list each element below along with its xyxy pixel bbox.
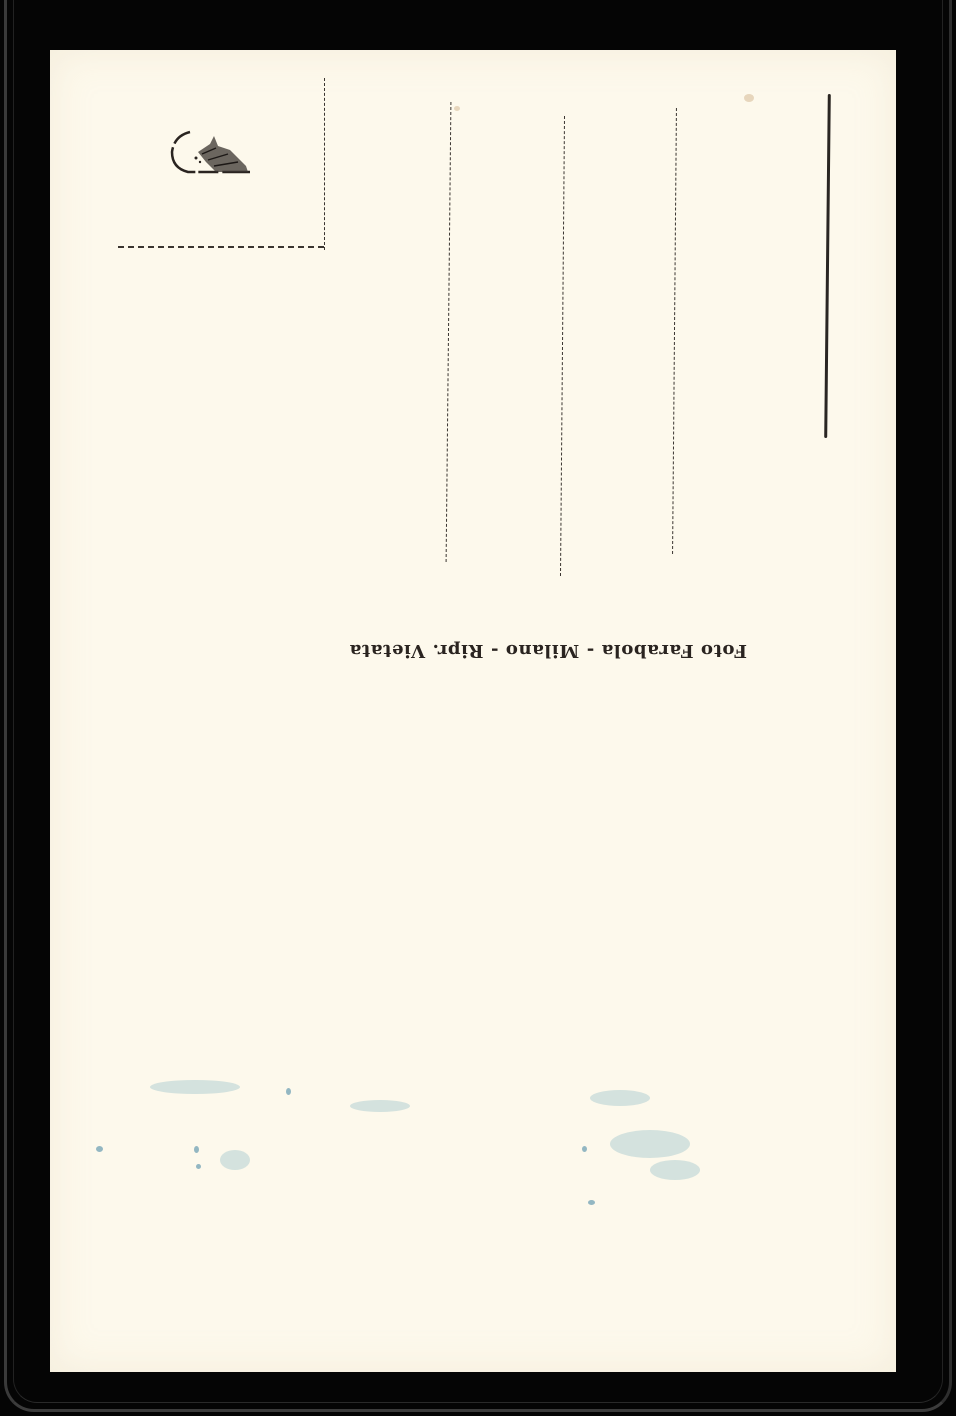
ink-residue [286,1088,291,1095]
ink-residue [150,1080,240,1094]
ink-residue [194,1146,199,1153]
stamp-box-bottom-border [118,246,324,248]
stamp-box-right-border [324,78,325,250]
address-line-2 [560,116,565,576]
address-line-1 [446,102,452,562]
paper-stain [744,94,754,102]
ink-residue [588,1200,595,1205]
ink-residue [610,1130,690,1158]
ink-residue [350,1100,410,1112]
ink-residue [590,1090,650,1106]
postcard-back: Foto Farabola - Milano - Ripr. Vietata [50,50,896,1372]
ink-residue [220,1150,250,1170]
paper-stain [454,106,460,111]
ink-residue [196,1164,201,1169]
ink-residue [96,1146,103,1152]
address-line-3 [672,108,677,554]
ink-residue [582,1146,587,1152]
publisher-logo-icon [158,122,258,202]
message-address-divider [824,94,831,438]
photographer-credit: Foto Farabola - Milano - Ripr. Vietata [308,640,788,661]
ink-residue [650,1160,700,1180]
